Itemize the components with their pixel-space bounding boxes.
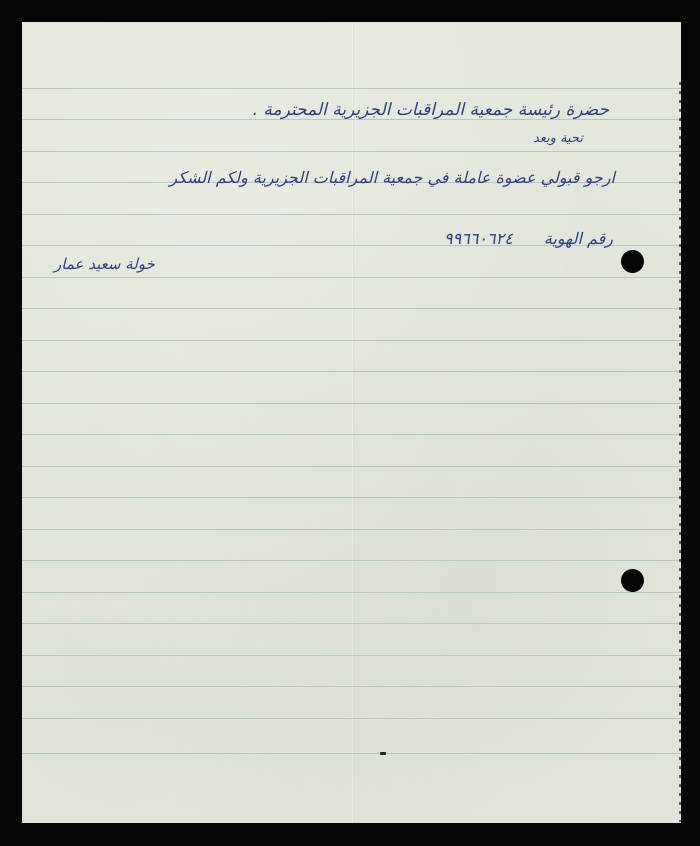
ruled-line — [22, 655, 681, 656]
ruled-line — [22, 623, 681, 624]
ruled-line — [22, 371, 681, 372]
id-label: رقم الهوية — [544, 229, 613, 248]
ruled-line — [22, 466, 681, 467]
body-line: ارجو قبولي عضوة عاملة في جمعية المراقبات… — [169, 168, 615, 187]
signature: خولة سعيد عمار — [54, 255, 155, 273]
ruled-line — [22, 497, 681, 498]
ruled-line — [22, 434, 681, 435]
ruled-line — [22, 753, 681, 754]
id-line: رقم الهوية ٩٩٦٦٠٦٢٤ — [444, 229, 613, 248]
torn-paper-edge — [679, 82, 681, 822]
id-number: ٩٩٦٦٠٦٢٤ — [444, 229, 513, 248]
ruled-line — [22, 88, 681, 89]
punch-hole — [621, 569, 644, 592]
punch-hole — [621, 250, 644, 273]
ruled-line — [22, 277, 681, 278]
paper-fold-line — [352, 22, 354, 823]
ruled-line — [22, 686, 681, 687]
ruled-line — [22, 718, 681, 719]
ink-speck — [380, 752, 386, 755]
ruled-line — [22, 308, 681, 309]
ruled-line — [22, 403, 681, 404]
ruled-line — [22, 560, 681, 561]
scanned-document: حضرة رئيسة جمعية المراقبات الجزيرية المح… — [0, 0, 700, 846]
ruled-line — [22, 214, 681, 215]
ruled-line — [22, 592, 681, 593]
ruled-line — [22, 529, 681, 530]
greeting-line: تحية وبعد — [533, 131, 583, 146]
lined-paper-sheet: حضرة رئيسة جمعية المراقبات الجزيرية المح… — [22, 22, 681, 823]
salutation-line: حضرة رئيسة جمعية المراقبات الجزيرية المح… — [253, 100, 609, 120]
ruled-line — [22, 151, 681, 152]
ruled-line — [22, 340, 681, 341]
